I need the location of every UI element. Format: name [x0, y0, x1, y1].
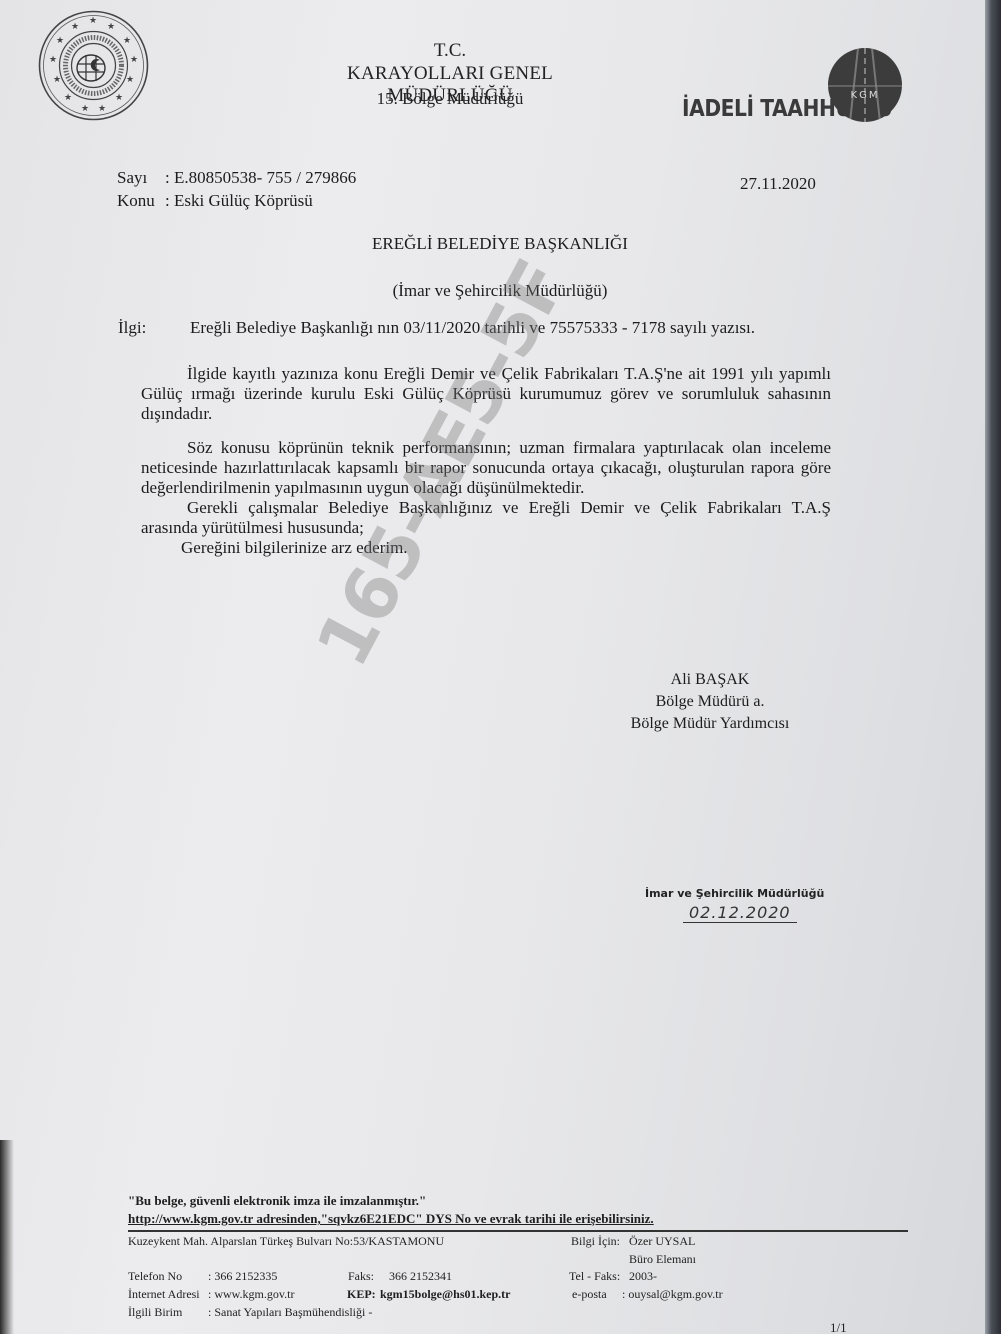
footer-web-label: İnternet Adresi: [128, 1287, 200, 1302]
header-regional-office: 15. Bölge Müdürlüğü: [300, 89, 600, 109]
kgm-logo-text: KGM: [828, 90, 902, 101]
body-paragraph: Gerekli çalışmalar Belediye Başkanlığını…: [141, 498, 831, 538]
svg-text:★: ★: [49, 55, 57, 65]
document-number: Sayı: E.80850538- 755 / 279866: [117, 168, 356, 188]
page-number: 1/1: [830, 1320, 847, 1334]
footer-fax-value: 366 2152341: [389, 1269, 452, 1284]
footer-email-label: e-posta: [572, 1287, 607, 1302]
footer-divider: [128, 1230, 908, 1232]
svg-text:★: ★: [71, 22, 79, 32]
document-page: ★★★ ★★ ★★ ★★ ★★ ★★ T.C. KARAYOLLARI GENE…: [0, 0, 985, 1334]
svg-text:★: ★: [56, 36, 64, 46]
footer-email-value[interactable]: : ouysal@kgm.gov.tr: [622, 1287, 723, 1302]
svg-text:★: ★: [123, 36, 131, 46]
svg-text:★: ★: [98, 104, 106, 114]
kgm-logo-icon: KGM: [828, 48, 902, 122]
svg-text:★: ★: [130, 55, 138, 65]
svg-text:★: ★: [53, 75, 61, 85]
body-paragraph: Gereğini bilgilerinize arz ederim.: [141, 538, 831, 558]
signatory-name: Ali BAŞAK: [560, 669, 860, 690]
footer-telfax-value: 2003-: [629, 1269, 657, 1284]
footer-info-label: Bilgi İçin:: [571, 1234, 620, 1249]
ministry-seal-icon: ★★★ ★★ ★★ ★★ ★★ ★★: [36, 8, 151, 123]
sayi-label: Sayı: [117, 168, 165, 188]
sayi-value: : E.80850538- 755 / 279866: [165, 168, 356, 187]
footer-fax-label: Faks:: [348, 1269, 374, 1284]
footer-phone-label: Telefon No: [128, 1269, 182, 1284]
signatory-title: Bölge Müdürü a.: [560, 691, 860, 712]
footer-telfax-label: Tel - Faks:: [569, 1269, 620, 1284]
reference-line: İlgi:Ereğli Belediye Başkanlığı nın 03/1…: [118, 318, 755, 338]
receipt-stamp-department: İmar ve Şehircilik Müdürlüğü: [645, 887, 824, 900]
esign-notice: "Bu belge, güvenli elektronik imza ile i…: [128, 1193, 426, 1209]
svg-text:★: ★: [81, 104, 89, 114]
document-date: 27.11.2020: [740, 174, 816, 194]
footer-unit-label: İlgili Birim: [128, 1305, 182, 1320]
footer-unit-value: : Sanat Yapıları Başmühendisliği -: [208, 1305, 372, 1320]
footer-info-name: Özer UYSAL: [629, 1234, 695, 1249]
document-subject: Konu: Eski Gülüç Köprüsü: [117, 191, 313, 211]
verification-link[interactable]: http://www.kgm.gov.tr adresinden,"sqvkz6…: [128, 1211, 654, 1227]
receipt-stamp-date: 02.12.2020: [683, 903, 797, 923]
page-edge: [985, 0, 1001, 1334]
footer-address: Kuzeykent Mah. Alparslan Türkeş Bulvarı …: [128, 1234, 444, 1249]
svg-text:★: ★: [64, 93, 72, 103]
footer-web-value[interactable]: : www.kgm.gov.tr: [208, 1287, 294, 1302]
svg-text:★: ★: [89, 16, 97, 26]
header-tc: T.C.: [300, 40, 600, 62]
footer-kep-label: KEP:: [347, 1287, 376, 1302]
signatory-subtitle: Bölge Müdür Yardımcısı: [560, 713, 860, 734]
footer-phone-value: : 366 2152335: [208, 1269, 277, 1284]
konu-value: : Eski Gülüç Köprüsü: [165, 191, 313, 210]
konu-label: Konu: [117, 191, 165, 211]
footer-info-role: Büro Elemanı: [629, 1252, 696, 1267]
svg-text:★: ★: [115, 93, 123, 103]
recipient-name: EREĞLİ BELEDİYE BAŞKANLIĞI: [200, 234, 800, 254]
photo-shadow: [0, 1140, 14, 1334]
svg-text:★: ★: [107, 22, 115, 32]
svg-text:★: ★: [126, 75, 134, 85]
reference-label: İlgi:: [118, 318, 190, 338]
footer-kep-value[interactable]: kgm15bolge@hs01.kep.tr: [380, 1287, 511, 1302]
